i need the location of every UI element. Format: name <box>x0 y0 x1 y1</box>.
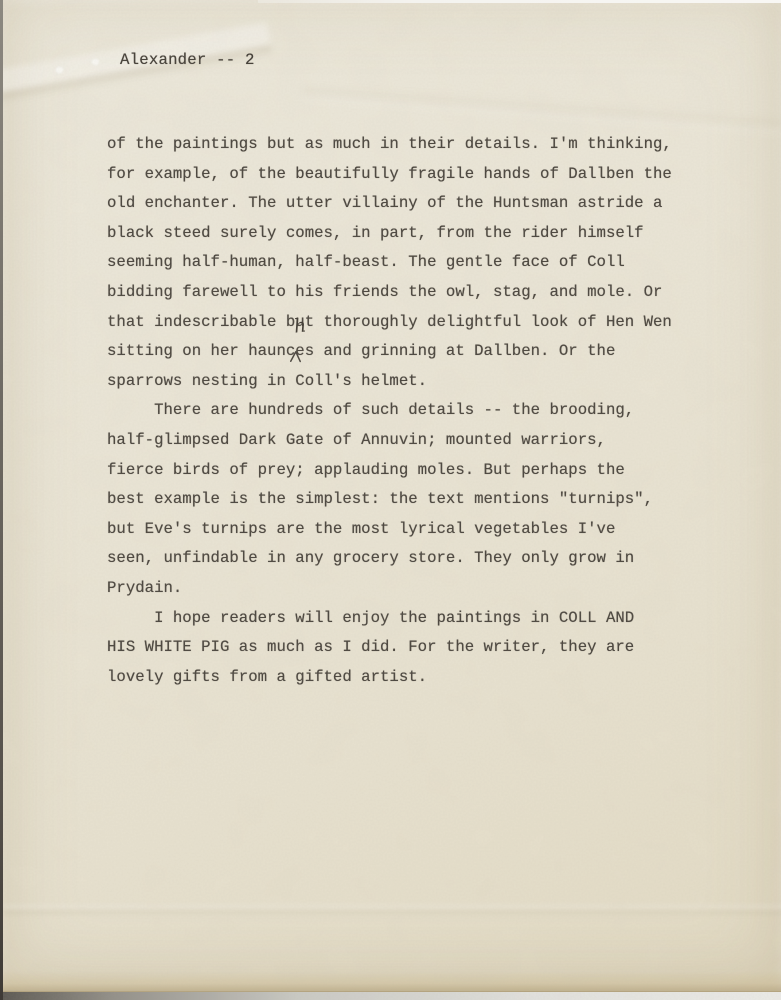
scan-top-edge <box>258 0 781 3</box>
scan-left-edge <box>0 0 3 1000</box>
typed-body-text: of the paintings but as much in their de… <box>107 130 672 692</box>
inserted-letter: h <box>293 315 308 336</box>
scan-backing-strip <box>0 991 781 1000</box>
document-page: Alexander -- 2 of the paintings but as m… <box>3 0 781 992</box>
page-header: Alexander -- 2 <box>120 51 255 69</box>
paper-crease <box>0 22 275 119</box>
scanned-document: Alexander -- 2 of the paintings but as m… <box>0 0 781 1000</box>
paper-speck <box>57 68 62 72</box>
page-bottom-edge <box>3 971 781 991</box>
paper-crease <box>3 895 781 921</box>
paper-speck <box>93 60 98 64</box>
insertion-caret-icon <box>289 350 303 363</box>
